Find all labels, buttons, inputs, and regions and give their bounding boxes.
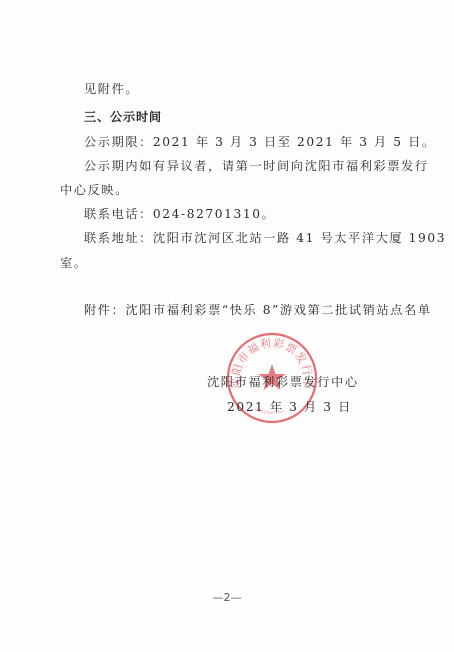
publicity-period-text: 公示期限：2021 年 3 月 3 日至 2021 年 3 月 5 日。 xyxy=(84,135,436,149)
page-number: —2— xyxy=(0,591,454,604)
contact-address-line-2: 室。 xyxy=(60,256,88,270)
signature-date: 2021 年 3 月 3 日 xyxy=(227,400,352,414)
objection-text-line-1: 公示期内如有异议者，请第一时间向沈阳市福利彩票发行 xyxy=(84,159,429,173)
attachment-reference-text: 见附件。 xyxy=(84,82,139,96)
contact-address-line-1: 联系地址：沈阳市沈河区北站一路 41 号太平洋大厦 1903 xyxy=(84,231,446,245)
objection-text-line-2: 中心反映。 xyxy=(60,183,129,197)
contact-phone-text: 联系电话：024-82701310。 xyxy=(84,207,275,221)
signature-organization: 沈阳市福利彩票发行中心 xyxy=(207,375,359,389)
attachment-title-text: 附件：沈阳市福利彩票“快乐 8”游戏第二批试销站点名单 xyxy=(84,303,432,317)
section-heading: 三、公示时间 xyxy=(84,110,162,124)
